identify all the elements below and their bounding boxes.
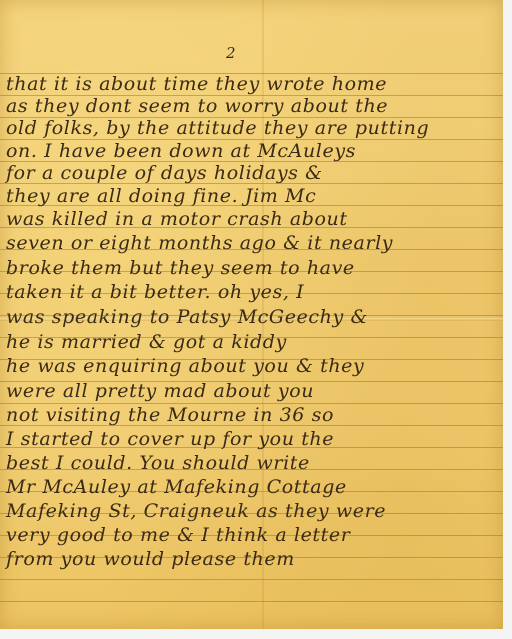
handwritten-line: were all pretty mad about you <box>6 380 500 402</box>
handwritten-line: not visiting the Mourne in 36 so <box>6 404 500 426</box>
ruled-line <box>0 579 503 580</box>
handwritten-line: best I could. You should write <box>6 452 500 474</box>
handwritten-line: Mafeking St, Craigneuk as they were <box>6 500 500 522</box>
handwritten-line: Mr McAuley at Mafeking Cottage <box>6 476 500 498</box>
handwritten-line: they are all doing fine. Jim Mc <box>6 185 500 207</box>
handwritten-line: old folks, by the attitude they are putt… <box>6 117 500 139</box>
ruled-line <box>0 601 503 602</box>
handwritten-line: I started to cover up for you the <box>6 428 500 450</box>
handwritten-line: was killed in a motor crash about <box>6 208 500 230</box>
handwritten-line: very good to me & I think a letter <box>6 524 500 546</box>
handwritten-line: that it is about time they wrote home <box>6 73 500 95</box>
handwritten-line: was speaking to Patsy McGeechy & <box>6 306 500 328</box>
handwritten-line: for a couple of days holidays & <box>6 162 500 184</box>
handwritten-line: broke them but they seem to have <box>6 257 500 279</box>
handwritten-line: he is married & got a kiddy <box>6 331 500 353</box>
handwritten-line: on. I have been down at McAuleys <box>6 140 500 162</box>
handwritten-line: taken it a bit better. oh yes, I <box>6 281 500 303</box>
letter-page: 2 that it is about time they wrote home … <box>0 0 503 629</box>
handwritten-line: seven or eight months ago & it nearly <box>6 232 500 254</box>
handwritten-line: from you would please them <box>6 548 500 570</box>
handwritten-line: as they dont seem to worry about the <box>6 95 500 117</box>
page-number: 2 <box>226 44 236 62</box>
handwritten-line: he was enquiring about you & they <box>6 355 500 377</box>
